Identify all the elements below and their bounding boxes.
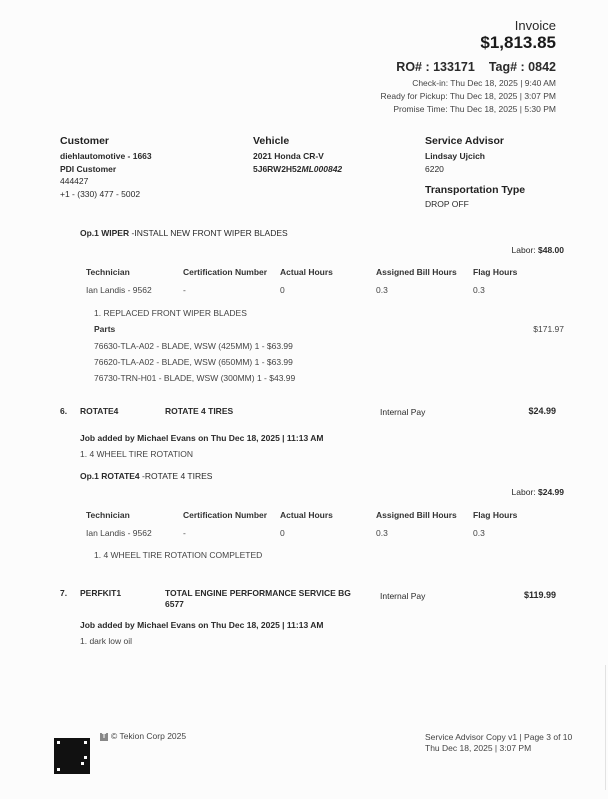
part-line: 76630-TLA-A02 - BLADE, WSW (425MM) 1 - $…	[94, 341, 293, 351]
copy-info: Service Advisor Copy v1 | Page 3 of 10	[425, 732, 572, 743]
tag-number: Tag# : 0842	[489, 60, 556, 74]
vehicle-section: Vehicle 2021 Honda CR-V 5J6RW2H52ML00084…	[253, 135, 342, 175]
tekion-logo-icon: T	[100, 733, 108, 741]
story-rotate: 1. 4 WHEEL TIRE ROTATION COMPLETED	[94, 550, 262, 560]
vehicle-vin: 5J6RW2H52ML000842	[253, 163, 342, 176]
td-flag: 0.3	[473, 528, 485, 538]
job7-code: PERFKIT1	[80, 588, 121, 598]
job7-concern: 1. dark low oil	[80, 636, 132, 646]
ro-tag-line: RO# : 133171Tag# : 0842	[396, 60, 556, 74]
ro-number: RO# : 133171	[396, 60, 475, 74]
td-technician: Ian Landis - 9562	[86, 528, 152, 538]
labor-wiper: Labor: $48.00	[512, 245, 564, 255]
customer-section: Customer diehlautomotive - 1663 PDI Cust…	[60, 135, 152, 200]
th-technician: Technician	[86, 267, 130, 277]
invoice-total: $1,813.85	[480, 33, 556, 53]
page-edge	[605, 665, 606, 790]
th-technician: Technician	[86, 510, 130, 520]
td-flag: 0.3	[473, 285, 485, 295]
customer-label: Customer	[60, 135, 152, 147]
job7-added: Job added by Michael Evans on Thu Dec 18…	[80, 620, 323, 630]
job6-num: 6.	[60, 406, 67, 416]
th-flag: Flag Hours	[473, 267, 517, 277]
promise-time: Promise Time: Thu Dec 18, 2025 | 5:30 PM	[393, 104, 556, 114]
td-cert: -	[183, 285, 186, 295]
part-line: 76620-TLA-A02 - BLADE, WSW (650MM) 1 - $…	[94, 357, 293, 367]
job6-added: Job added by Michael Evans on Thu Dec 18…	[80, 433, 323, 443]
th-actual: Actual Hours	[280, 510, 333, 520]
vehicle-model: 2021 Honda CR-V	[253, 150, 342, 163]
check-in-time: Check-in: Thu Dec 18, 2025 | 9:40 AM	[412, 78, 556, 88]
td-actual: 0	[280, 528, 285, 538]
transport-label: Transportation Type	[425, 184, 525, 196]
job7-num: 7.	[60, 588, 67, 598]
td-technician: Ian Landis - 9562	[86, 285, 152, 295]
op-wiper: Op.1 WIPER -INSTALL NEW FRONT WIPER BLAD…	[80, 228, 288, 238]
vehicle-label: Vehicle	[253, 135, 342, 147]
td-cert: -	[183, 528, 186, 538]
td-actual: 0	[280, 285, 285, 295]
advisor-label: Service Advisor	[425, 135, 525, 147]
op-rotate: Op.1 ROTATE4 -ROTATE 4 TIRES	[80, 471, 212, 481]
advisor-name: Lindsay Ujcich	[425, 150, 525, 163]
th-actual: Actual Hours	[280, 267, 333, 277]
qr-code-icon	[54, 738, 90, 774]
th-assigned: Assigned Bill Hours	[376, 510, 457, 520]
parts-total: $171.97	[533, 324, 564, 334]
transport-type: DROP OFF	[425, 198, 525, 211]
th-cert: Certification Number	[183, 267, 267, 277]
job7-amount: $119.99	[524, 590, 556, 600]
story-wiper: 1. REPLACED FRONT WIPER BLADES	[94, 308, 247, 318]
job6-amount: $24.99	[528, 406, 556, 416]
job7-pay: Internal Pay	[380, 591, 425, 601]
advisor-section: Service Advisor Lindsay Ujcich 6220 Tran…	[425, 135, 525, 211]
td-assigned: 0.3	[376, 285, 388, 295]
ready-for-pickup-time: Ready for Pickup: Thu Dec 18, 2025 | 3:0…	[381, 91, 556, 101]
th-assigned: Assigned Bill Hours	[376, 267, 457, 277]
parts-label: Parts	[94, 324, 115, 334]
customer-name: diehlautomotive - 1663	[60, 150, 152, 163]
invoice-title: Invoice	[515, 18, 556, 33]
th-cert: Certification Number	[183, 510, 267, 520]
labor-rotate: Labor: $24.99	[512, 487, 564, 497]
td-assigned: 0.3	[376, 528, 388, 538]
copyright: T© Tekion Corp 2025	[100, 731, 186, 741]
customer-type: PDI Customer	[60, 163, 152, 176]
job6-code: ROTATE4	[80, 406, 118, 416]
job6-concern: 1. 4 WHEEL TIRE ROTATION	[80, 449, 193, 459]
advisor-id: 6220	[425, 163, 525, 176]
print-time: Thu Dec 18, 2025 | 3:07 PM	[425, 743, 572, 754]
job6-desc: ROTATE 4 TIRES	[165, 406, 233, 416]
footer-info: Service Advisor Copy v1 | Page 3 of 10 T…	[425, 732, 572, 753]
customer-id: 444427	[60, 175, 152, 188]
part-line: 76730-TRN-H01 - BLADE, WSW (300MM) 1 - $…	[94, 373, 295, 383]
job7-desc: TOTAL ENGINE PERFORMANCE SERVICE BG6577	[165, 588, 351, 610]
job6-pay: Internal Pay	[380, 407, 425, 417]
th-flag: Flag Hours	[473, 510, 517, 520]
customer-phone: +1 - (330) 477 - 5002	[60, 188, 152, 201]
